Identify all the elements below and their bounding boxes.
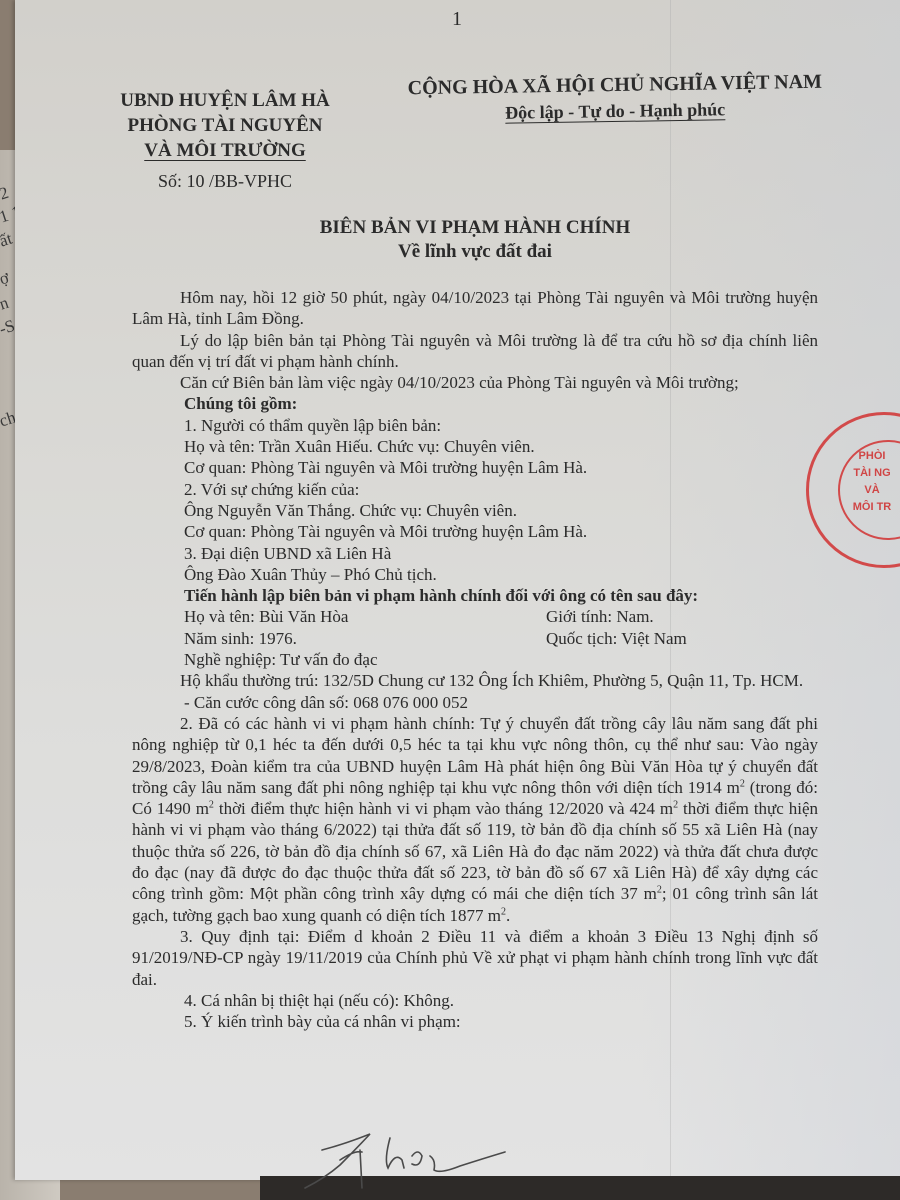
stamp-text: PHÒI TÀI NG VÀ MÔI TR	[842, 448, 900, 516]
title-sub: Về lĩnh vực đất đai	[150, 240, 800, 264]
agency-line-3: VÀ MÔI TRƯỜNG	[100, 138, 350, 163]
intro-paragraph: Hôm nay, hồi 12 giờ 50 phút, ngày 04/10/…	[132, 287, 818, 330]
underlying-text: ợ	[0, 268, 12, 290]
national-header: CỘNG HÒA XÃ HỘI CHỦ NGHĨA VIỆT NAM Độc l…	[380, 68, 851, 127]
page-number: 1	[452, 8, 462, 31]
members-heading: Chúng tôi gồm:	[132, 393, 818, 414]
document-body: Hôm nay, hồi 12 giờ 50 phút, ngày 04/10/…	[132, 287, 818, 1032]
underlying-text: n	[0, 293, 11, 315]
member-line: 1. Người có thẩm quyền lập biên bản:	[132, 415, 818, 436]
agency-line-2: PHÒNG TÀI NGUYÊN	[100, 113, 350, 138]
member-line: Họ và tên: Trần Xuân Hiếu. Chức vụ: Chuy…	[132, 436, 818, 457]
violator-birth-year: Năm sinh: 1976.	[184, 628, 546, 649]
member-line: Ông Đào Xuân Thủy – Phó Chủ tịch.	[132, 564, 818, 585]
underlying-text: ất	[0, 229, 15, 252]
member-line: Cơ quan: Phòng Tài nguyên và Môi trường …	[132, 457, 818, 478]
violation-description: 2. Đã có các hành vi vi phạm hành chính:…	[132, 713, 818, 926]
agency-line-1: UBND HUYỆN LÂM HÀ	[100, 88, 350, 113]
underlying-text: 2	[0, 183, 11, 205]
violator-row: Năm sinh: 1976. Quốc tịch: Việt Nam	[132, 628, 818, 649]
violator-gender: Giới tính: Nam.	[546, 606, 654, 627]
basis-paragraph: Căn cứ Biên bản làm việc ngày 04/10/2023…	[132, 372, 818, 393]
issuing-agency: UBND HUYỆN LÂM HÀ PHÒNG TÀI NGUYÊN VÀ MÔ…	[100, 88, 350, 194]
damaged-party: 4. Cá nhân bị thiệt hại (nếu có): Không.	[132, 990, 818, 1011]
document-title: BIÊN BẢN VI PHẠM HÀNH CHÍNH Về lĩnh vực …	[150, 216, 800, 264]
title-main: BIÊN BẢN VI PHẠM HÀNH CHÍNH	[150, 216, 800, 240]
reason-paragraph: Lý do lập biên bản tại Phòng Tài nguyên …	[132, 330, 818, 373]
document-number: Số: 10 /BB-VPHC	[100, 169, 350, 194]
violator-heading: Tiến hành lập biên bản vi phạm hành chín…	[132, 585, 818, 606]
violator-opinion: 5. Ý kiến trình bày của cá nhân vi phạm:	[132, 1011, 818, 1032]
violator-residence: Hộ khẩu thường trú: 132/5D Chung cư 132 …	[132, 670, 818, 691]
violator-row: Họ và tên: Bùi Văn Hòa Giới tính: Nam.	[132, 606, 818, 627]
violator-citizen-id: - Căn cước công dân số: 068 076 000 052	[132, 692, 818, 713]
violator-name: Họ và tên: Bùi Văn Hòa	[184, 606, 546, 627]
member-line: 3. Đại diện UBND xã Liên Hà	[132, 543, 818, 564]
member-line: Ông Nguyễn Văn Thắng. Chức vụ: Chuyên vi…	[132, 500, 818, 521]
violator-nationality: Quốc tịch: Việt Nam	[546, 628, 687, 649]
violator-occupation: Nghề nghiệp: Tư vấn đo đạc	[132, 649, 818, 670]
member-line: Cơ quan: Phòng Tài nguyên và Môi trường …	[132, 521, 818, 542]
legal-basis: 3. Quy định tại: Điểm d khoản 2 Điều 11 …	[132, 926, 818, 990]
signature	[300, 1120, 530, 1190]
member-line: 2. Với sự chứng kiến của:	[132, 479, 818, 500]
